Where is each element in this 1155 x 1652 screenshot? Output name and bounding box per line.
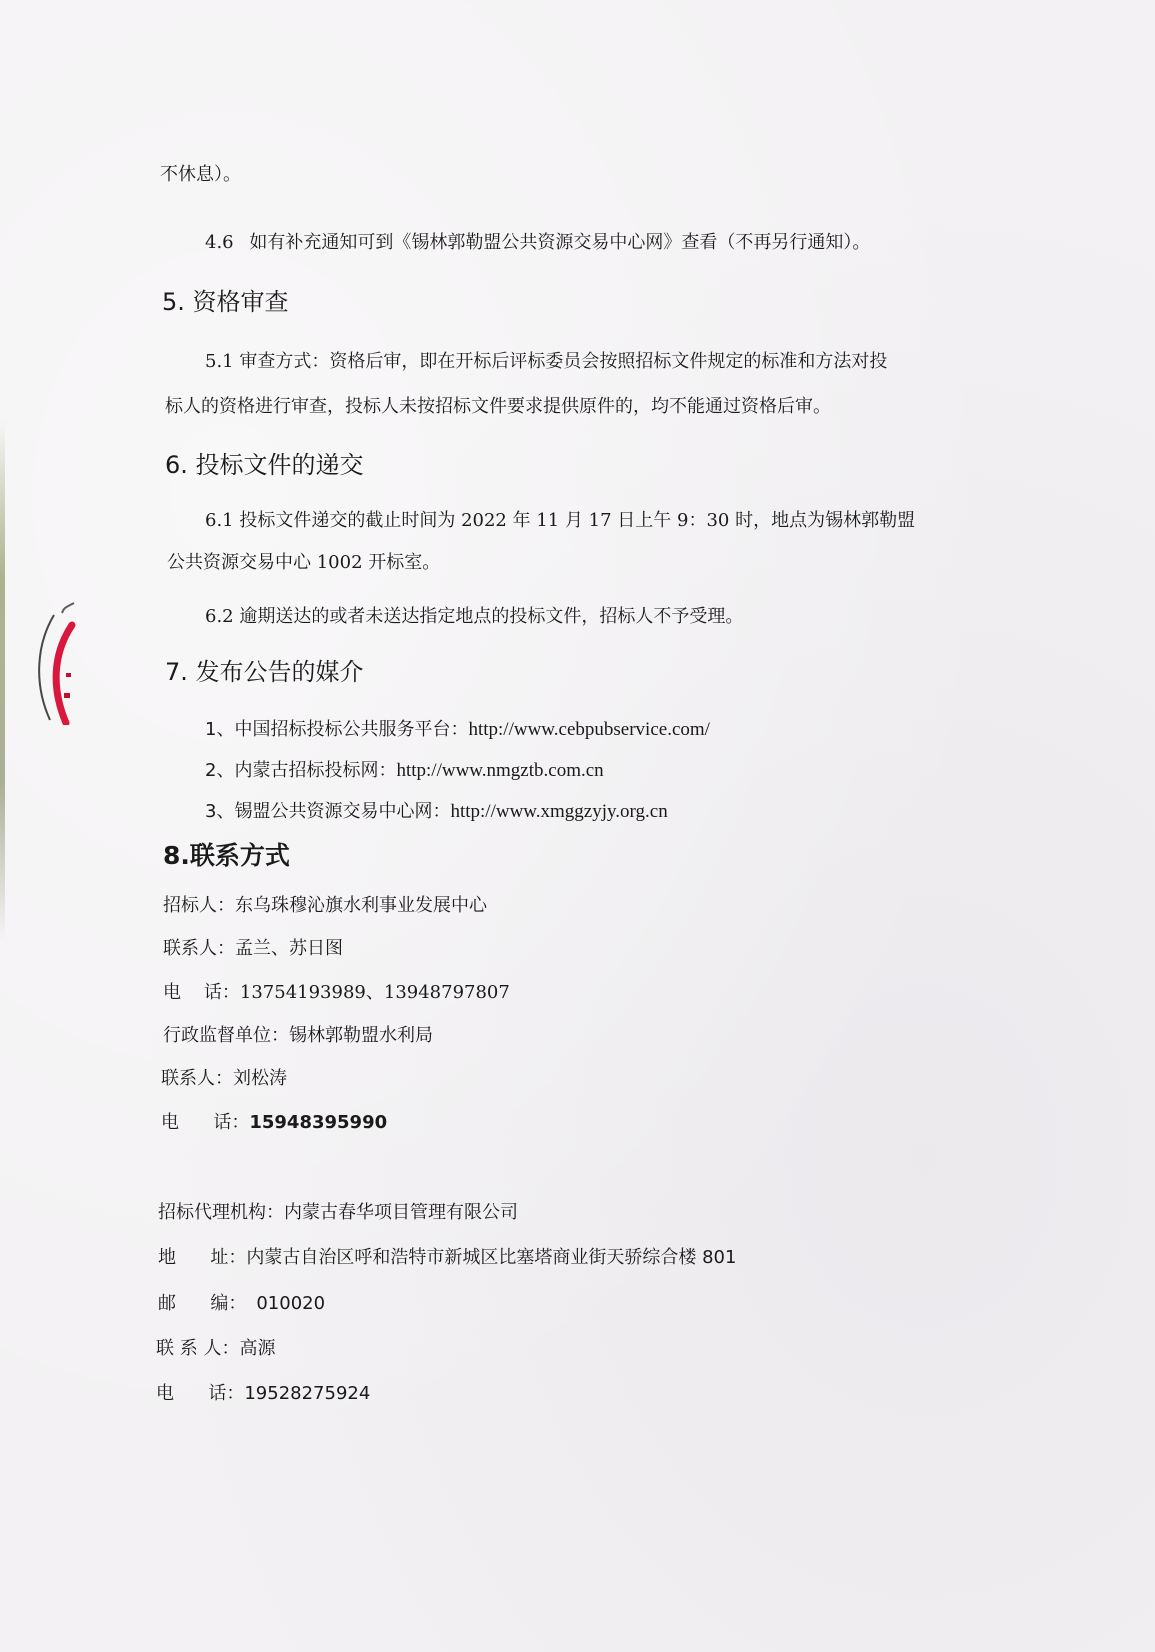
tenderer: 招标人：东乌珠穆沁旗水利事业发展中心 [163, 891, 487, 917]
supervisor-phone-row: 电 话：15948395990 [161, 1108, 387, 1134]
media-label: 1、中国招标投标公共服务平台： [205, 719, 468, 740]
media-link[interactable]: http://www.nmgztb.com.cn [396, 760, 603, 781]
tenderer-phone-row: 电 话：13754193989、13948797807 [163, 978, 510, 1004]
agency: 招标代理机构：内蒙古春华项目管理有限公司 [158, 1198, 518, 1224]
item-5-1-line2: 标人的资格进行审查，投标人未按招标文件要求提供原件的，均不能通过资格后审。 [165, 392, 831, 418]
address-label: 地 址： [158, 1247, 246, 1268]
supervisor: 行政监督单位：锡林郭勒盟水利局 [163, 1021, 433, 1047]
phone-label: 电 话： [163, 982, 240, 1003]
phone-value: 13754193989、13948797807 [240, 982, 510, 1003]
media-label: 3、锡盟公共资源交易中心网： [205, 801, 450, 822]
item-number: 4.6 [205, 232, 234, 253]
media-item-1: 1、中国招标投标公共服务平台：http://www.cebpubservice.… [205, 715, 710, 741]
media-link[interactable]: http://www.xmggzyjy.org.cn [450, 801, 667, 822]
agency-address-row: 地 址：内蒙古自治区呼和浩特市新城区比塞塔商业街天骄综合楼 801 [158, 1243, 736, 1269]
continuation-text: 不休息）。 [160, 160, 241, 186]
phone-label: 电 话： [156, 1383, 244, 1404]
phone-value: 19528275924 [244, 1383, 370, 1404]
red-seal-stamp-fragment [22, 575, 92, 725]
contact-value: 高源 [239, 1338, 275, 1359]
address-value: 内蒙古自治区呼和浩特市新城区比塞塔商业街天骄综合楼 801 [246, 1247, 736, 1268]
item-6-1-line1: 6.1 投标文件递交的截止时间为 2022 年 11 月 17 日上午 9：30… [205, 506, 915, 532]
contact-label: 联 系 人： [156, 1338, 239, 1359]
tenderer-contact: 联系人：孟兰、苏日图 [163, 934, 343, 960]
item-5-1-line1: 5.1 审查方式：资格后审，即在开标后评标委员会按照招标文件规定的标准和方法对投 [205, 347, 887, 373]
agency-postcode-row: 邮 编：010020 [158, 1289, 325, 1315]
supervisor-contact: 联系人：刘松涛 [161, 1064, 287, 1090]
section-6-heading: 6. 投标文件的递交 [165, 445, 364, 480]
phone-value: 15948395990 [249, 1112, 387, 1133]
item-4-6: 4.6 如有补充通知可到《锡林郭勒盟公共资源交易中心网》查看（不再另行通知）。 [205, 228, 870, 254]
media-item-2: 2、内蒙古招标投标网：http://www.nmgztb.com.cn [205, 756, 604, 782]
media-item-3: 3、锡盟公共资源交易中心网：http://www.xmggzyjy.org.cn [205, 797, 668, 823]
section-5-heading: 5. 资格审查 [162, 282, 289, 317]
section-7-heading: 7. 发布公告的媒介 [165, 652, 364, 687]
phone-label: 电 话： [161, 1112, 249, 1133]
item-text: 如有补充通知可到《锡林郭勒盟公共资源交易中心网》查看（不再另行通知）。 [249, 232, 870, 253]
item-6-1-line2: 公共资源交易中心 1002 开标室。 [167, 548, 440, 574]
item-6-2: 6.2 逾期送达的或者未送达指定地点的投标文件，招标人不予受理。 [205, 602, 743, 628]
section-8-heading: 8.联系方式 [163, 836, 290, 872]
media-label: 2、内蒙古招标投标网： [205, 760, 396, 781]
postcode-value: 010020 [256, 1293, 325, 1314]
postcode-label: 邮 编： [158, 1293, 246, 1314]
agency-phone-row: 电 话：19528275924 [156, 1379, 370, 1405]
scan-edge-shadow [0, 420, 5, 940]
media-link[interactable]: http://www.cebpubservice.com/ [468, 719, 709, 740]
agency-contact-row: 联 系 人：高源 [156, 1334, 275, 1360]
